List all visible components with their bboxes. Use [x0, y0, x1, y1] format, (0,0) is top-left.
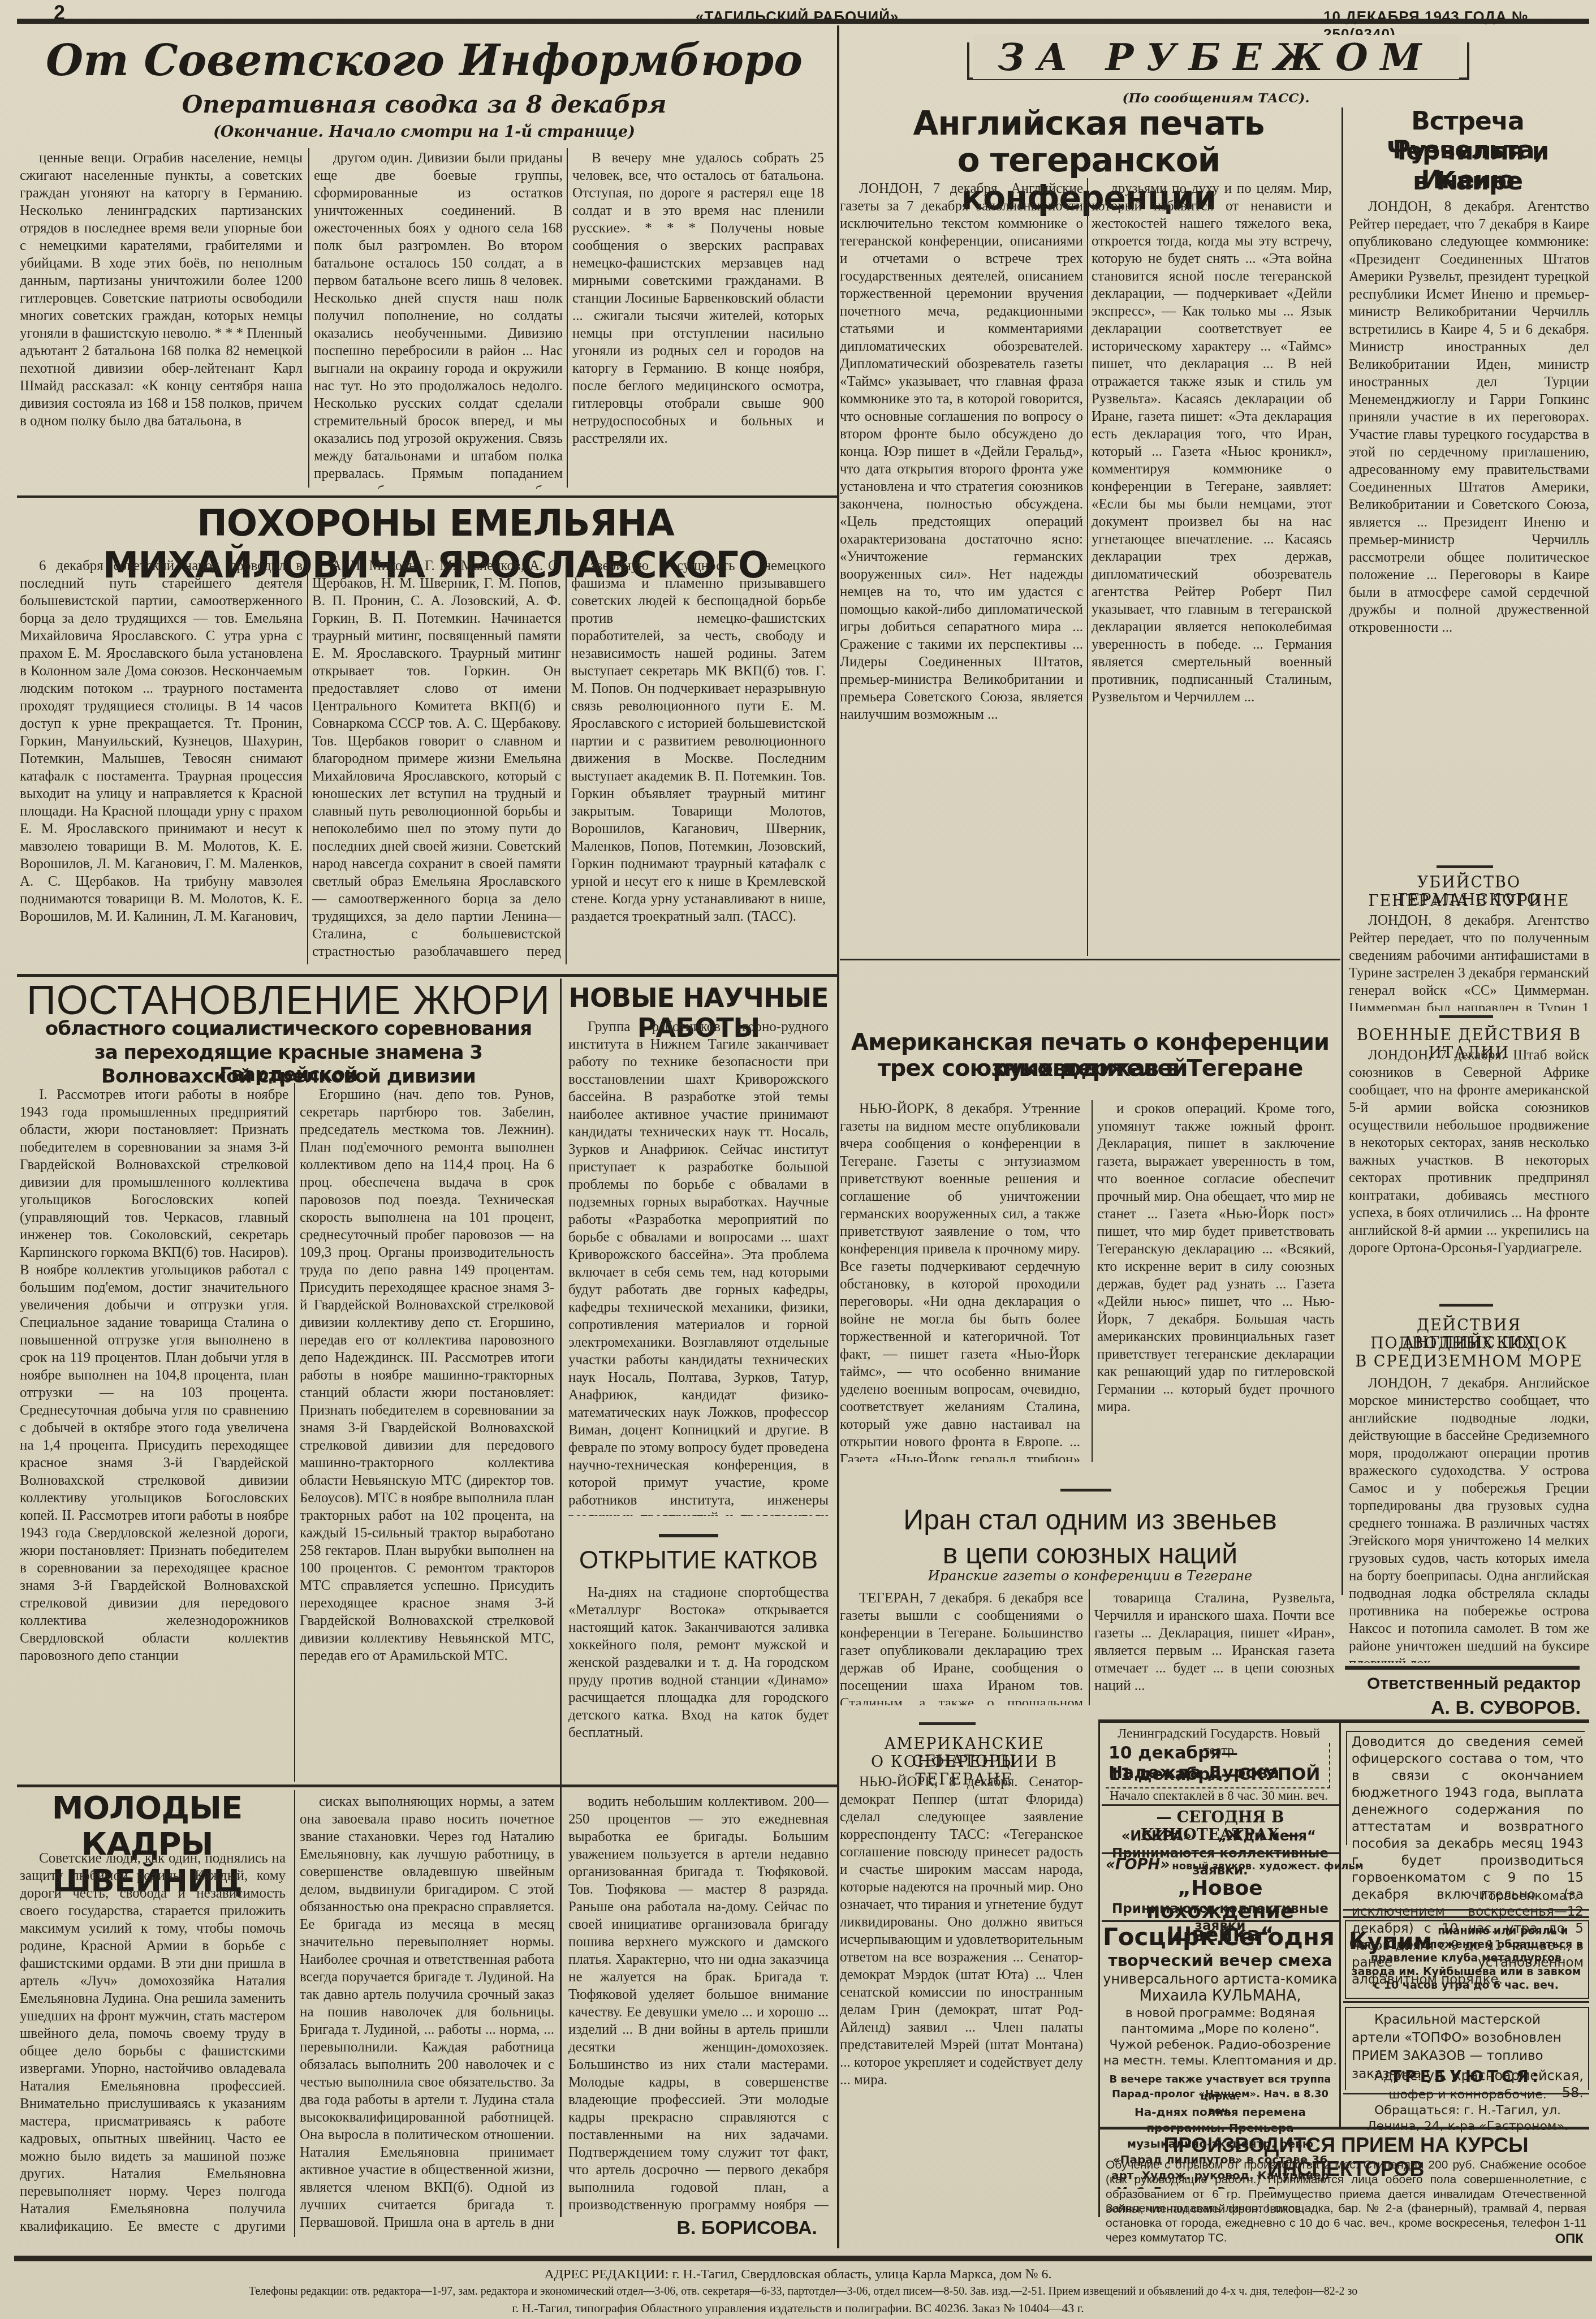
col-rule [294, 1790, 295, 2237]
iran-title-2: в цепи союзных наций [840, 1538, 1340, 1570]
abroad-title: ЗА РУБЕЖОМ [973, 35, 1459, 79]
footer-printer: г. Н.-Тагил, типография Областного управ… [0, 2301, 1596, 2316]
english-press-col-1: ЛОНДОН, 7 декабря. Английские газеты за … [840, 180, 1083, 955]
circus-line-1: творческий вечер смеха [1103, 1951, 1338, 1970]
circus-line-2: универсального артиста-комика [1103, 1971, 1338, 1988]
circus-title-right: Сегодня [1222, 1923, 1335, 1951]
sovinformburo-col-3: В вечеру мне удалось собрать 25 человек,… [572, 149, 824, 489]
theatre-line-2: 11 декабря—СКУПОЙ [1108, 1765, 1329, 1784]
col-rule [1087, 178, 1088, 956]
submarines-title-2: ПОДВОДНЫХ ЛОДОК [1349, 1335, 1589, 1352]
ad-rule [1100, 2127, 1589, 2130]
col-rule [1092, 1100, 1093, 1462]
science-text: Группа работников горно-рудного институт… [568, 1018, 829, 1516]
sovinformburo-col-1: ценные вещи. Ограбив население, немцы сж… [20, 149, 303, 489]
senators-text: НЬЮ-ЙОРК, 8 декабря. Сенатор-демократ Пе… [840, 1773, 1083, 2234]
newspaper-page: 2 «ТАГИЛЬСКИЙ РАБОЧИЙ» 10 ДЕКАБРЯ 1943 Г… [0, 0, 1596, 2319]
ads-rule [1100, 1719, 1340, 1723]
separator [1437, 865, 1493, 868]
iran-col-1: ТЕГЕРАН, 7 декабря. 6 декабря все газеты… [840, 1589, 1083, 1705]
iran-col-2: товарища Сталина, Рузвельта, Черчилля и … [1094, 1589, 1335, 1705]
footer-rule [14, 2256, 1592, 2261]
gorn-desc: новый звуков. художест. фильм [1172, 1860, 1363, 1872]
section-rule [17, 1784, 837, 1787]
sovinformburo-col-2: другом один. Дивизии были приданы еще дв… [314, 149, 563, 489]
roosevelt-title-3: в Каире [1349, 167, 1586, 196]
italy-text: ЛОНДОН, 7 декабря. Штаб войск союзников … [1349, 1046, 1589, 1292]
buy-text: пианино или рояль и баян. С предложением… [1349, 1924, 1584, 1992]
editor-name: А. В. СУВОРОВ. [1349, 1697, 1581, 1719]
iran-subtitle: Иранские газеты о конференции в Тегеране [840, 1568, 1340, 1584]
roosevelt-text: ЛОНДОН, 8 декабря. Агентство Рейтер пере… [1349, 198, 1589, 865]
section-rule [1345, 1666, 1580, 1670]
seamstresses-col-3: водить небольшим коллективом. 200—250 пр… [568, 1793, 829, 2214]
separator [659, 1534, 718, 1537]
circus-line-4: в новой программе: Водяная пантомима „Мо… [1103, 2006, 1338, 2071]
american-press-col-2: и сроков операций. Кроме того, упомянут … [1097, 1100, 1335, 1462]
ad-rule [1102, 1852, 1339, 1854]
english-press-col-2: друзьями по духу и по целям. Мир, которы… [1092, 180, 1332, 955]
col-rule [308, 148, 309, 488]
iran-title-1: Иран стал одним из звеньев [840, 1505, 1340, 1536]
cinema-venue: «ИСКРА» [1106, 1828, 1207, 1844]
separator [1439, 1304, 1493, 1307]
section-rule [840, 959, 1340, 960]
sovinformburo-title: От Советского Информбюро [34, 35, 814, 85]
col-rule [566, 557, 567, 964]
ad-rule [1343, 2001, 1589, 2003]
separator [919, 1722, 976, 1725]
jury-col-2: Егоршино (нач. депо тов. Рунов, секретар… [300, 1086, 554, 1782]
funeral-col-2: А. И. Микоян, Г. М. Маленков, А. С. Щерб… [312, 557, 561, 964]
turin-title-2: ГЕНЕРАЛА В ТУРИНЕ [1349, 893, 1589, 910]
american-press-col-1: НЬЮ-ЙОРК, 8 декабря. Утренние газеты на … [840, 1100, 1080, 1462]
abroad-source: (По сообщениям ТАСС). [961, 90, 1470, 106]
theatre-note: Начало спектаклей в 8 час. 30 мин. веч. [1103, 1787, 1335, 1804]
jury-subtitle-1: областного социалистического соревновани… [23, 1018, 554, 1040]
officers-signature: Горвоенкомат. [1352, 1889, 1578, 1903]
column-divider [837, 25, 839, 2248]
english-press-title-1: Английская печать [843, 105, 1335, 143]
col-rule [560, 979, 562, 2217]
cinema-film: „Жди меня“ [1210, 1828, 1323, 1844]
submarines-text: ЛОНДОН, 7 декабря. Английское морское ми… [1349, 1374, 1589, 1663]
section-rule [17, 495, 837, 498]
sovinformburo-note: (Окончание. Начало смотри на 1-й страниц… [34, 123, 814, 141]
ad-rule [1343, 1909, 1589, 1911]
wanted-title: ТРЕБУЮТСЯ: [1349, 2067, 1584, 2086]
section-rule [17, 974, 837, 977]
editor-label: Ответственный редактор [1349, 1674, 1581, 1693]
gorn-venue: «ГОРН» [1106, 1856, 1170, 1873]
separator [1439, 1015, 1493, 1018]
ad-rule [1343, 1916, 1589, 1918]
circus-title-left: Госцирк. [1103, 1923, 1216, 1951]
seamstresses-author: В. БОРИСОВА. [568, 2217, 817, 2239]
col-rule [307, 557, 308, 964]
col-rule [1341, 107, 1343, 1595]
jury-title: ПОСТАНОВЛЕНИЕ ЖЮРИ [23, 979, 554, 1023]
seamstresses-col-1: Советские люди, как один, поднялись на з… [20, 1850, 286, 2234]
seamstresses-col-2: сисках выполняющих нормы, а затем она за… [300, 1793, 554, 2234]
ad-rule [1102, 1920, 1339, 1922]
col-rule [1098, 1719, 1100, 2217]
col-rule [1089, 1589, 1090, 1705]
col-rule [294, 1083, 295, 1782]
masthead-rule [17, 19, 1589, 24]
col-rule [1339, 1719, 1341, 2127]
ad-rule [1340, 1719, 1589, 1723]
footer-phones: Телефоны редакции: отв. редактора—1-97, … [17, 2285, 1589, 2298]
turin-text: ЛОНДОН, 8 декабря. Агентство Рейтер пере… [1349, 912, 1589, 1011]
separator [1060, 1489, 1111, 1492]
circus-line-3: Михаила КУЛЬМАНА, [1103, 1988, 1338, 2005]
funeral-col-3: звериную сущность немецкого фашизма и пл… [571, 557, 826, 964]
jury-col-1: I. Рассмотрев итоги работы в ноябре 1943… [20, 1086, 288, 1782]
submarines-title-3: В СРЕДИЗЕМНОМ МОРЕ [1349, 1353, 1589, 1370]
gorn-header: «ГОРН» новый звуков. художест. фильм [1106, 1856, 1338, 1875]
american-press-title-2: трех союзных держав в Тегеране [840, 1055, 1340, 1081]
funeral-col-1: 6 декабря советский народ проводил в пос… [20, 557, 303, 964]
rinks-title: ОТКРЫТИЕ КАТКОВ [566, 1547, 831, 1574]
col-rule [567, 148, 568, 488]
footer-address: АДРЕС РЕДАКЦИИ: г. Н.-Тагил, Свердловска… [0, 2267, 1596, 2282]
inspectors-signature: ОПК [1470, 2231, 1584, 2247]
rinks-text: На-днях на стадионе спортобщества «Метал… [568, 1584, 829, 1782]
sovinformburo-subtitle: Оперативная сводка за 8 декабря [34, 90, 814, 118]
ad-rule [1102, 1804, 1339, 1806]
jury-subtitle-3: Волновахской стрелковой дивизии [23, 1066, 554, 1088]
